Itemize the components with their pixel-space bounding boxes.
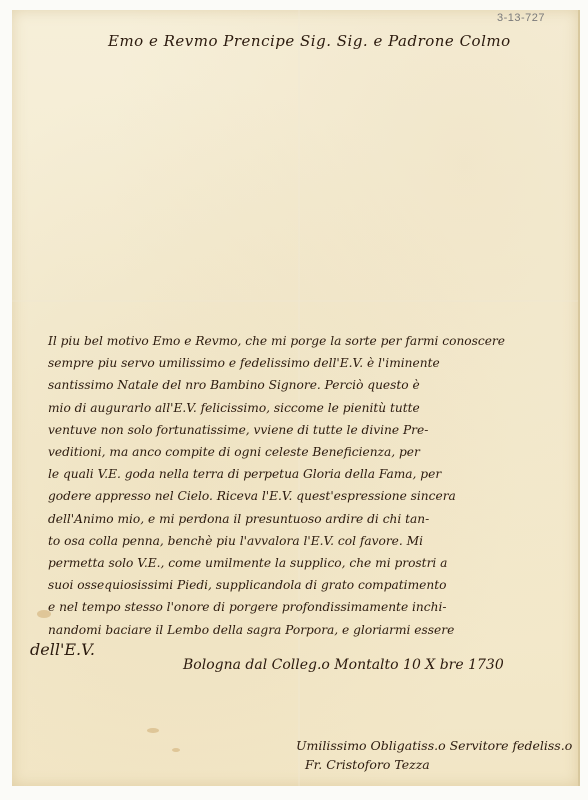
body-line: Il piu bel motivo Emo e Revmo, che mi po… (30, 330, 550, 352)
body-line: dell'Animo mio, e mi perdona il presuntu… (30, 508, 550, 530)
body-line: mio di augurarlo all'E.V. felicissimo, s… (30, 397, 550, 419)
closing-abbreviation: dell'E.V. (30, 640, 95, 659)
salutation-heading: Emo e Revmo Prencipe Sig. Sig. e Padrone… (108, 32, 511, 50)
body-line: santissimo Natale del nro Bambino Signor… (30, 374, 550, 396)
horizontal-fold-crease (12, 300, 578, 302)
body-line: permetta solo V.E., come umilmente la su… (30, 552, 550, 574)
body-line: e nel tempo stesso l'onore di porgere pr… (30, 596, 550, 618)
body-line: le quali V.E. goda nella terra di perpet… (30, 463, 550, 485)
body-line: nandomi baciare il Lembo della sagra Por… (30, 619, 550, 641)
body-line: veditioni, ma anco compite di ogni celes… (30, 441, 550, 463)
subscription-line-1: Umilissimo Obligatiss.o Servitore fedeli… (296, 738, 572, 753)
foxing-stain (172, 748, 180, 752)
place-and-date: Bologna dal Colleg.o Montalto 10 X bre 1… (183, 657, 504, 673)
body-line: suoi ossequiosissimi Piedi, supplicandol… (30, 574, 550, 596)
body-line: to osa colla penna, benchè piu l'avvalor… (30, 530, 550, 552)
foxing-stain (147, 728, 159, 733)
body-line: godere appresso nel Cielo. Riceva l'E.V.… (30, 485, 550, 507)
body-line: sempre piu servo umilissimo e fedelissim… (30, 352, 550, 374)
archive-shelfmark: 3-13-727 (497, 12, 545, 24)
signature: Fr. Cristoforo Tezza (305, 757, 430, 772)
letter-body: Il piu bel motivo Emo e Revmo, che mi po… (30, 330, 550, 641)
body-line: ventuve non solo fortunatissime, vviene … (30, 419, 550, 441)
